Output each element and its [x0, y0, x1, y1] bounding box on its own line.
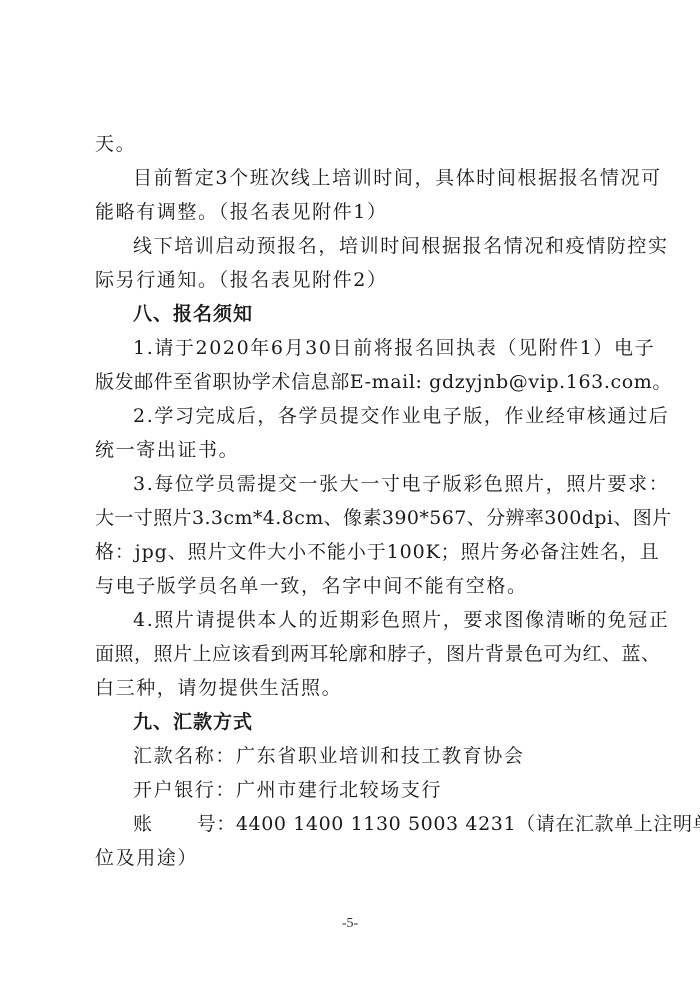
text-line: 格：jpg、照片文件大小不能小于100K；照片务必备注姓名，且: [95, 535, 613, 569]
remittance-account-value: 4400 1400 1130 5003 4231（请在汇款单上注明单: [236, 813, 700, 835]
remittance-name-row: 汇款名称：广东省职业培训和技工教育协会: [95, 739, 613, 773]
text-line: 统一寄出证书。: [95, 433, 613, 467]
remittance-bank-line: 开户银行：广州市建行北较场支行: [95, 773, 613, 807]
remittance-bank-row: 开户银行：广州市建行北较场支行: [95, 773, 613, 807]
remittance-account-label-1: 账: [133, 813, 153, 835]
remittance-name-value: 广东省职业培训和技工教育协会: [236, 745, 524, 767]
text-line-email: 版发邮件至省职协学术信息部E-mail: gdzyjnb@vip.163.com…: [95, 365, 613, 399]
document-page: 天。 目前暂定3个班次线上培训时间，具体时间根据报名情况可 能略有调整。（报名表…: [0, 0, 700, 990]
remittance-bank-value: 广州市建行北较场支行: [236, 779, 442, 801]
paragraph-offline-training: 线下培训启动预报名，培训时间根据报名情况和疫情防控实 际另行通知。（报名表见附件…: [95, 229, 613, 297]
paragraph-item-4: 4.照片请提供本人的近期彩色照片，要求图像清晰的免冠正 面照，照片上应该看到两耳…: [95, 603, 613, 705]
remittance-account-row: 账号：4400 1400 1130 5003 4231（请在汇款单上注明单 位及…: [95, 807, 613, 875]
remittance-name-label: 汇款名称：: [133, 745, 236, 767]
text-line: 白三种，请勿提供生活照。: [95, 671, 613, 705]
text-line: 2.学习完成后，各学员提交作业电子版，作业经审核通过后: [95, 399, 613, 433]
paragraph-continuation: 天。: [95, 127, 613, 161]
text-line: 际另行通知。（报名表见附件2）: [95, 263, 613, 297]
paragraph-online-training: 目前暂定3个班次线上培训时间，具体时间根据报名情况可 能略有调整。（报名表见附件…: [95, 161, 613, 229]
text-line: 目前暂定3个班次线上培训时间，具体时间根据报名情况可: [95, 161, 613, 195]
page-number: -5-: [0, 916, 700, 932]
document-body: 天。 目前暂定3个班次线上培训时间，具体时间根据报名情况可 能略有调整。（报名表…: [95, 127, 613, 875]
text-line: 1.请于2020年6月30日前将报名回执表（见附件1）电子: [95, 331, 613, 365]
text-line: 能略有调整。（报名表见附件1）: [95, 195, 613, 229]
remittance-account-label-2: 号：: [197, 813, 236, 835]
remittance-bank-label: 开户银行：: [133, 779, 236, 801]
text-line: 面照，照片上应该看到两耳轮廓和脖子，图片背景色可为红、蓝、: [95, 637, 613, 671]
text-line: 线下培训启动预报名，培训时间根据报名情况和疫情防控实: [95, 229, 613, 263]
paragraph-item-2: 2.学习完成后，各学员提交作业电子版，作业经审核通过后 统一寄出证书。: [95, 399, 613, 467]
text-line: 大一寸照片3.3cm*4.8cm、像素390*567、分辨率300dpi、图片: [95, 501, 613, 535]
section-heading-remittance: 九、汇款方式: [95, 705, 613, 739]
paragraph-item-1: 1.请于2020年6月30日前将报名回执表（见附件1）电子 版发邮件至省职协学术…: [95, 331, 613, 399]
remittance-account-note: 位及用途）: [95, 841, 613, 875]
remittance-account-line: 账号：4400 1400 1130 5003 4231（请在汇款单上注明单: [95, 807, 613, 841]
text-line: 4.照片请提供本人的近期彩色照片，要求图像清晰的免冠正: [95, 603, 613, 637]
text-line: 3.每位学员需提交一张大一寸电子版彩色照片，照片要求：: [95, 467, 613, 501]
text-line: 天。: [95, 127, 613, 161]
text-line: 与电子版学员名单一致，名字中间不能有空格。: [95, 569, 613, 603]
section-heading-registration: 八、报名须知: [95, 297, 613, 331]
paragraph-item-3: 3.每位学员需提交一张大一寸电子版彩色照片，照片要求： 大一寸照片3.3cm*4…: [95, 467, 613, 603]
remittance-name-line: 汇款名称：广东省职业培训和技工教育协会: [95, 739, 613, 773]
